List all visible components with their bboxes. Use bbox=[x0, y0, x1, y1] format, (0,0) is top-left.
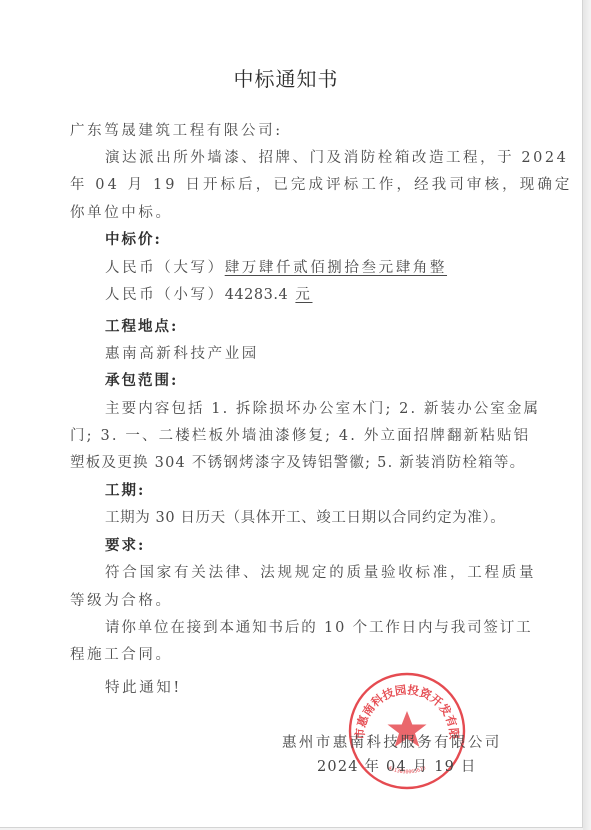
intro-line-3: 你单位中标。 bbox=[70, 203, 173, 223]
page-edge bbox=[583, 0, 591, 830]
document-title: 中标通知书 bbox=[0, 63, 572, 92]
signature-company: 惠州市惠南科技服务有限公司 bbox=[282, 731, 502, 752]
bid-price-lowercase: 人民币（小写）44283.4 元 bbox=[105, 285, 313, 305]
duration-heading: 工期: bbox=[105, 481, 145, 501]
requirements-heading: 要求: bbox=[105, 536, 145, 556]
requirements-line-2: 等级为合格。 bbox=[70, 591, 173, 611]
bid-price-uppercase: 人民币（大写）肆万肆仟贰佰捌拾叁元肆角整 bbox=[105, 258, 447, 278]
intro-line-1-text: 演达派出所外墙漆、招牌、门及消防栓箱改造工程，于 2024 bbox=[105, 148, 568, 168]
contract-notice-line-1: 请你单位在接到本通知书后的 10 个工作日内与我司签订工 bbox=[105, 618, 532, 638]
bid-price-uppercase-value: 肆万肆仟贰佰捌拾叁元肆角整 bbox=[225, 260, 447, 276]
bid-price-uppercase-label: 人民币（大写） bbox=[105, 260, 225, 276]
location-value: 惠南高新科技产业园 bbox=[105, 344, 259, 364]
scope-line-2: 门; 3. 一、二楼栏板外墙油漆修复; 4. 外立面招牌翻新粘贴铝 bbox=[70, 426, 530, 446]
intro-line-2: 年 04 月 19 日开标后，已完成评标工作，经我司审核，现确定 bbox=[70, 175, 573, 195]
contract-notice-line-2: 程施工合同。 bbox=[70, 645, 173, 665]
requirements-line-1: 符合国家有关法律、法规规定的质量验收标准，工程质量 bbox=[105, 563, 536, 583]
bid-price-lowercase-unit: 元 bbox=[295, 287, 312, 303]
duration-value: 工期为 30 日历天（具体开工、竣工日期以合同约定为准）。 bbox=[105, 508, 505, 528]
bid-price-lowercase-label: 人民币（小写） bbox=[105, 287, 225, 303]
addressee: 广东笃晟建筑工程有限公司: bbox=[70, 121, 283, 141]
scope-heading: 承包范围: bbox=[105, 371, 178, 391]
bid-price-heading: 中标价: bbox=[105, 230, 162, 250]
closing-text: 特此通知! bbox=[105, 678, 182, 698]
document-page: 中标通知书 广东笃晟建筑工程有限公司: 演达派出所外墙漆、招牌、门及消防栓箱改造… bbox=[0, 0, 583, 828]
scope-line-1: 主要内容包括 1. 拆除损坏办公室木门; 2. 新装办公室金属 bbox=[105, 399, 540, 419]
signature-date: 2024 年 04 月 19 日 bbox=[317, 755, 477, 776]
scope-line-3: 塑板及更换 304 不锈钢烤漆字及铸铝警徽; 5. 新装消防栓箱等。 bbox=[70, 453, 525, 473]
intro-line-1: 演达派出所外墙漆、招牌、门及消防栓箱改造工程，于 2024 bbox=[105, 148, 507, 168]
bid-price-lowercase-number: 44283.4 bbox=[225, 287, 288, 303]
location-heading: 工程地点: bbox=[105, 317, 178, 337]
